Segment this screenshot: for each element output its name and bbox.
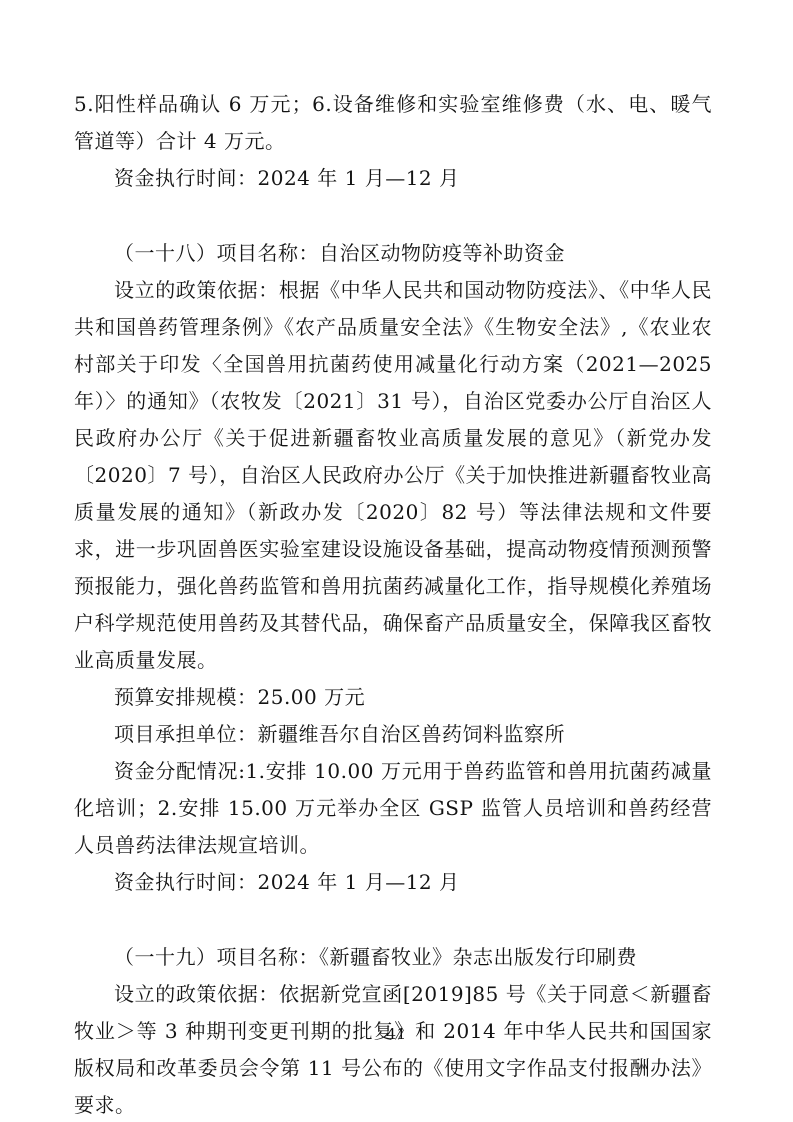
document-body: 5.阳性样品确认 6 万元；6.设备维修和实验室维修费（水、电、暖气管道等）合计… bbox=[74, 86, 712, 1122]
document-page: 5.阳性样品确认 6 万元；6.设备维修和实验室维修费（水、电、暖气管道等）合计… bbox=[0, 0, 793, 1122]
paragraph: 5.阳性样品确认 6 万元；6.设备维修和实验室维修费（水、电、暖气管道等）合计… bbox=[74, 86, 712, 160]
page-footer: 41 bbox=[0, 1024, 793, 1043]
paragraph: 资金执行时间：2024 年 1 月—12 月 bbox=[74, 864, 712, 901]
paragraph: 设立的政策依据：依据新党宣函[2019]85 号《关于同意＜新疆畜牧业＞等 3 … bbox=[74, 976, 712, 1122]
paragraph: （一十八）项目名称：自治区动物防疫等补助资金 bbox=[74, 235, 712, 272]
paragraph: （一十九）项目名称：《新疆畜牧业》杂志出版发行印刷费 bbox=[74, 939, 712, 976]
paragraph: 资金分配情况:1.安排 10.00 万元用于兽药监管和兽用抗菌药减量化培训；2.… bbox=[74, 753, 712, 864]
paragraph: 预算安排规模：25.00 万元 bbox=[74, 679, 712, 716]
paragraph: 资金执行时间：2024 年 1 月—12 月 bbox=[74, 160, 712, 197]
paragraph: 设立的政策依据：根据《中华人民共和国动物防疫法》、《中华人民共和国兽药管理条例》… bbox=[74, 272, 712, 679]
paragraph: 项目承担单位：新疆维吾尔自治区兽药饲料监察所 bbox=[74, 716, 712, 753]
page-number: 41 bbox=[386, 1025, 406, 1043]
